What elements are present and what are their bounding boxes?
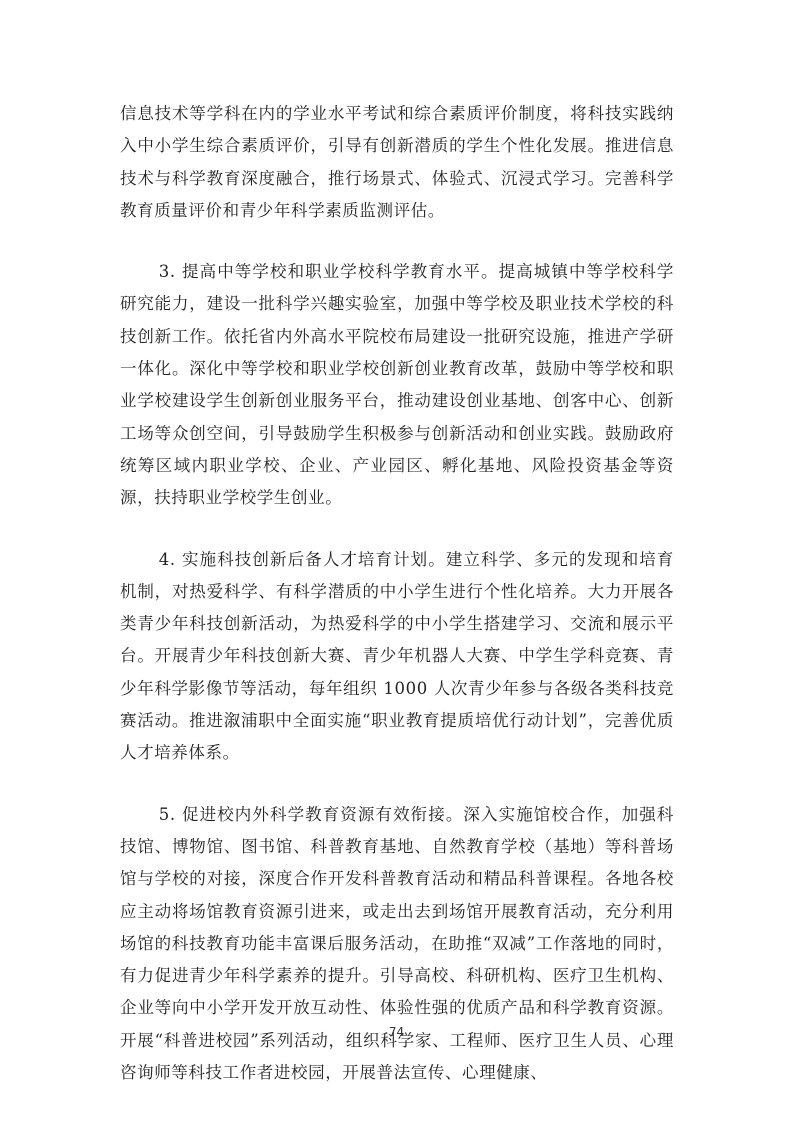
paragraph-item-4: 4. 实施科技创新后备人才培育计划。建立科学、多元的发现和培育机制，对热爱科学、… (120, 544, 674, 770)
paragraph-item-5: 5. 促进校内外科学教育资源有效衔接。深入实施馆校合作，加强科技馆、博物馆、图书… (120, 799, 674, 1090)
paragraph-continuation: 信息技术等学科在内的学业水平考试和综合素质评价制度，将科技实践纳入中小学生综合素… (120, 98, 674, 227)
paragraph-gap (120, 770, 674, 799)
paragraph-gap (120, 515, 674, 544)
paragraph-gap (120, 227, 674, 256)
page-number: 74 (0, 1025, 793, 1039)
document-page: 信息技术等学科在内的学业水平考试和综合素质评价制度，将科技实践纳入中小学生综合素… (0, 0, 793, 1122)
page-body: 信息技术等学科在内的学业水平考试和综合素质评价制度，将科技实践纳入中小学生综合素… (120, 98, 674, 1089)
paragraph-item-3: 3. 提高中等学校和职业学校科学教育水平。提高城镇中等学校科学研究能力，建设一批… (120, 256, 674, 514)
